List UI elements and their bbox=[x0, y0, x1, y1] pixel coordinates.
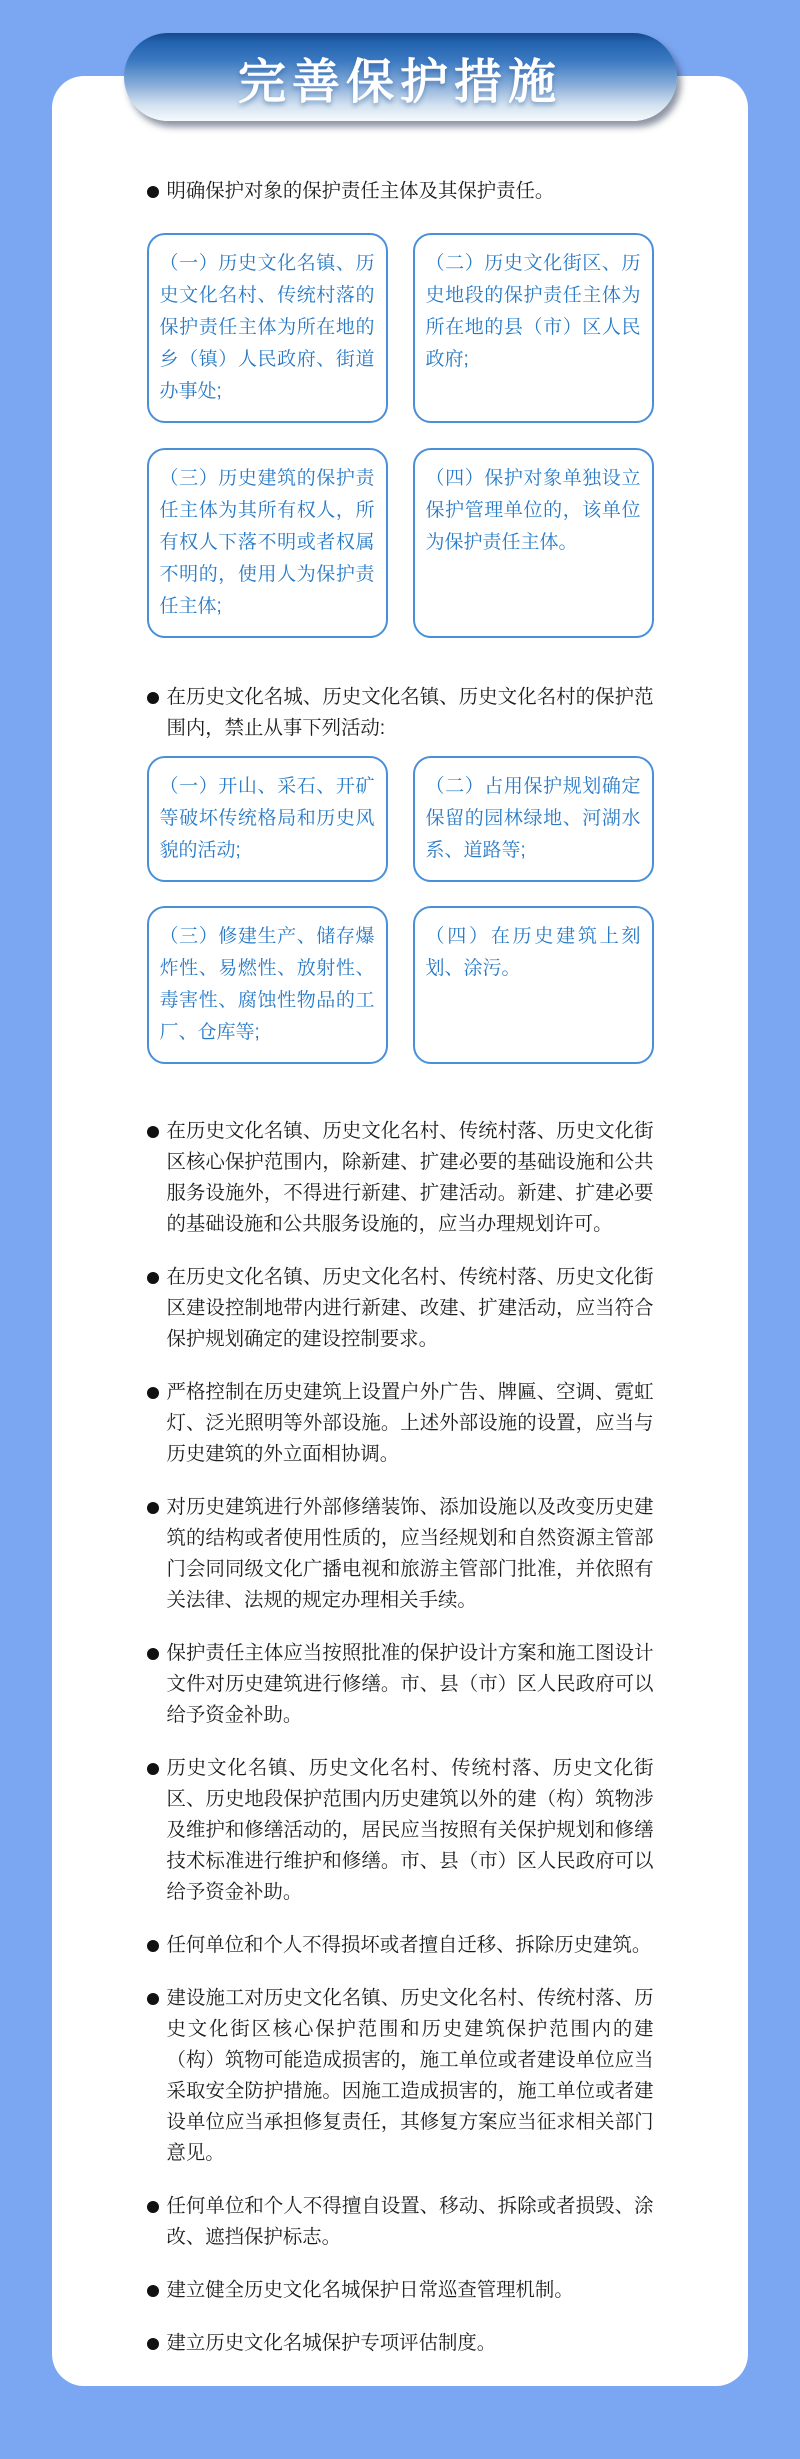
paragraph: 历史文化名镇、历史文化名村、传统村落、历史文化街区、历史地段保护范围内历史建筑以… bbox=[147, 1753, 654, 1908]
content-column: 明确保护对象的保护责任主体及其保护责任。 （一）历史文化名镇、历史文化名村、传统… bbox=[147, 176, 654, 2359]
paragraph: 在历史文化名镇、历史文化名村、传统村落、历史文化街区建设控制地带内进行新建、改建… bbox=[147, 1262, 654, 1355]
paragraph-text: 保护责任主体应当按照批准的保护设计方案和施工图设计文件对历史建筑进行修缮。市、县… bbox=[167, 1638, 654, 1731]
banner: 完善保护措施 bbox=[124, 33, 677, 121]
bullet-icon bbox=[147, 1648, 159, 1660]
paragraph-text: 历史文化名镇、历史文化名村、传统村落、历史文化街区、历史地段保护范围内历史建筑以… bbox=[167, 1753, 654, 1908]
bullet-icon bbox=[147, 1940, 159, 1952]
paragraph-text: 在历史文化名镇、历史文化名村、传统村落、历史文化街区建设控制地带内进行新建、改建… bbox=[167, 1262, 654, 1355]
prohibited-activities-grid: （一）开山、采石、开矿等破坏传统格局和历史风貌的活动; （二）占用保护规划确定保… bbox=[147, 756, 654, 1064]
paragraph-text: 建立健全历史文化名城保护日常巡查管理机制。 bbox=[167, 2275, 654, 2306]
paragraph-text: 任何单位和个人不得擅自设置、移动、拆除或者损毁、涂改、遮挡保护标志。 bbox=[167, 2191, 654, 2253]
rule-box: （一）开山、采石、开矿等破坏传统格局和历史风貌的活动; bbox=[147, 756, 388, 882]
paragraph-text: 在历史文化名镇、历史文化名村、传统村落、历史文化街区核心保护范围内，除新建、扩建… bbox=[167, 1116, 654, 1240]
paragraph: 在历史文化名镇、历史文化名村、传统村落、历史文化街区核心保护范围内，除新建、扩建… bbox=[147, 1116, 654, 1240]
paragraph-text: 对历史建筑进行外部修缮装饰、添加设施以及改变历史建筑的结构或者使用性质的，应当经… bbox=[167, 1492, 654, 1616]
responsibility-grid: （一）历史文化名镇、历史文化名村、传统村落的保护责任主体为所在地的乡（镇）人民政… bbox=[147, 233, 654, 638]
paragraph: 建设施工对历史文化名镇、历史文化名村、传统村落、历史文化街区核心保护范围和历史建… bbox=[147, 1983, 654, 2169]
paragraph: 严格控制在历史建筑上设置户外广告、牌匾、空调、霓虹灯、泛光照明等外部设施。上述外… bbox=[147, 1377, 654, 1470]
bullet-icon bbox=[147, 2201, 159, 2213]
paragraph-text: 严格控制在历史建筑上设置户外广告、牌匾、空调、霓虹灯、泛光照明等外部设施。上述外… bbox=[167, 1377, 654, 1470]
rule-box: （一）历史文化名镇、历史文化名村、传统村落的保护责任主体为所在地的乡（镇）人民政… bbox=[147, 233, 388, 423]
rule-box: （三）修建生产、储存爆炸性、易燃性、放射性、毒害性、腐蚀性物品的工厂、仓库等; bbox=[147, 906, 388, 1064]
bullet-icon bbox=[147, 1387, 159, 1399]
bullet-icon bbox=[147, 1126, 159, 1138]
paragraph: 任何单位和个人不得损坏或者擅自迁移、拆除历史建筑。 bbox=[147, 1930, 654, 1961]
bullet-icon bbox=[147, 692, 159, 704]
page-title: 完善保护措施 bbox=[238, 43, 562, 112]
section-2-header: 在历史文化名城、历史文化名镇、历史文化名村的保护范围内，禁止从事下列活动: bbox=[147, 682, 654, 744]
bullet-icon bbox=[147, 1502, 159, 1514]
content-card: 明确保护对象的保护责任主体及其保护责任。 （一）历史文化名镇、历史文化名村、传统… bbox=[52, 76, 748, 2386]
rule-box: （二）占用保护规划确定保留的园林绿地、河湖水系、道路等; bbox=[413, 756, 654, 882]
bullet-icon bbox=[147, 2285, 159, 2297]
paragraph-text: 建立历史文化名城保护专项评估制度。 bbox=[167, 2328, 654, 2359]
bullet-icon bbox=[147, 186, 159, 198]
bullet-icon bbox=[147, 2338, 159, 2350]
paragraph: 任何单位和个人不得擅自设置、移动、拆除或者损毁、涂改、遮挡保护标志。 bbox=[147, 2191, 654, 2253]
paragraph: 建立健全历史文化名城保护日常巡查管理机制。 bbox=[147, 2275, 654, 2306]
bullet-icon bbox=[147, 1272, 159, 1284]
rule-box: （四）在历史建筑上刻划、涂污。 bbox=[413, 906, 654, 1064]
paragraph: 保护责任主体应当按照批准的保护设计方案和施工图设计文件对历史建筑进行修缮。市、县… bbox=[147, 1638, 654, 1731]
paragraph: 建立历史文化名城保护专项评估制度。 bbox=[147, 2328, 654, 2359]
bullet-icon bbox=[147, 1993, 159, 2005]
rule-box: （二）历史文化街区、历史地段的保护责任主体为所在地的县（市）区人民政府; bbox=[413, 233, 654, 423]
section-1-title: 明确保护对象的保护责任主体及其保护责任。 bbox=[167, 176, 654, 207]
paragraph-text: 建设施工对历史文化名镇、历史文化名村、传统村落、历史文化街区核心保护范围和历史建… bbox=[167, 1983, 654, 2169]
rule-box: （三）历史建筑的保护责任主体为其所有权人，所有权人下落不明或者权属不明的，使用人… bbox=[147, 448, 388, 638]
section-2-title: 在历史文化名城、历史文化名镇、历史文化名村的保护范围内，禁止从事下列活动: bbox=[167, 682, 654, 744]
paragraph-text: 任何单位和个人不得损坏或者擅自迁移、拆除历史建筑。 bbox=[167, 1930, 654, 1961]
rule-box: （四）保护对象单独设立保护管理单位的，该单位为保护责任主体。 bbox=[413, 448, 654, 638]
section-1-header: 明确保护对象的保护责任主体及其保护责任。 bbox=[147, 176, 654, 207]
bullet-icon bbox=[147, 1763, 159, 1775]
paragraph: 对历史建筑进行外部修缮装饰、添加设施以及改变历史建筑的结构或者使用性质的，应当经… bbox=[147, 1492, 654, 1616]
